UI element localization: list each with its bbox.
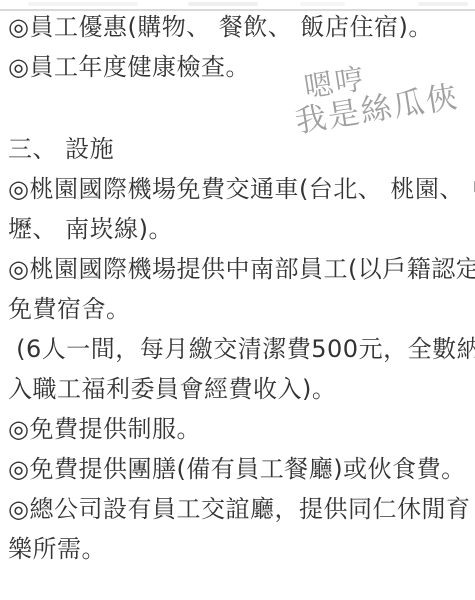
- cutoff-text-smudge: [300, 2, 345, 6]
- facility-item-line-wrap: 免費宿舍。: [8, 289, 470, 329]
- facility-item-line-wrap: 樂所需。: [8, 529, 470, 569]
- cutoff-text-smudge: [188, 2, 258, 6]
- facility-item-line: ◎總公司設有員工交誼廳，提供同仁休閒育: [8, 489, 470, 529]
- facility-item-line: ◎桃園國際機場提供中南部員工(以戶籍認定): [8, 249, 470, 289]
- cutoff-text-smudge: [418, 2, 468, 6]
- facility-item-line: ◎免費提供制服。: [8, 409, 470, 449]
- facility-note-line: (6人一間，每月繳交清潔費500元，全數納: [8, 329, 470, 369]
- benefit-item-line: ◎員工優惠(購物、 餐飲、 飯店住宿)。: [8, 7, 470, 47]
- facility-item-line: ◎桃園國際機場免費交通車(台北、 桃園、 中: [8, 169, 470, 209]
- cutoff-text-smudge: [28, 2, 138, 6]
- section-heading: 三、 設施: [8, 129, 470, 169]
- page: ◎員工優惠(購物、 餐飲、 飯店住宿)。 ◎員工年度健康檢查。 三、 設施 ◎桃…: [0, 0, 475, 600]
- facility-item-line-wrap: 壢、 南崁線)。: [8, 209, 470, 249]
- facility-note-line-wrap: 入職工福利委員會經費收入)。: [8, 369, 470, 409]
- facility-item-line: ◎免費提供團膳(備有員工餐廳)或伙食費。: [8, 449, 470, 489]
